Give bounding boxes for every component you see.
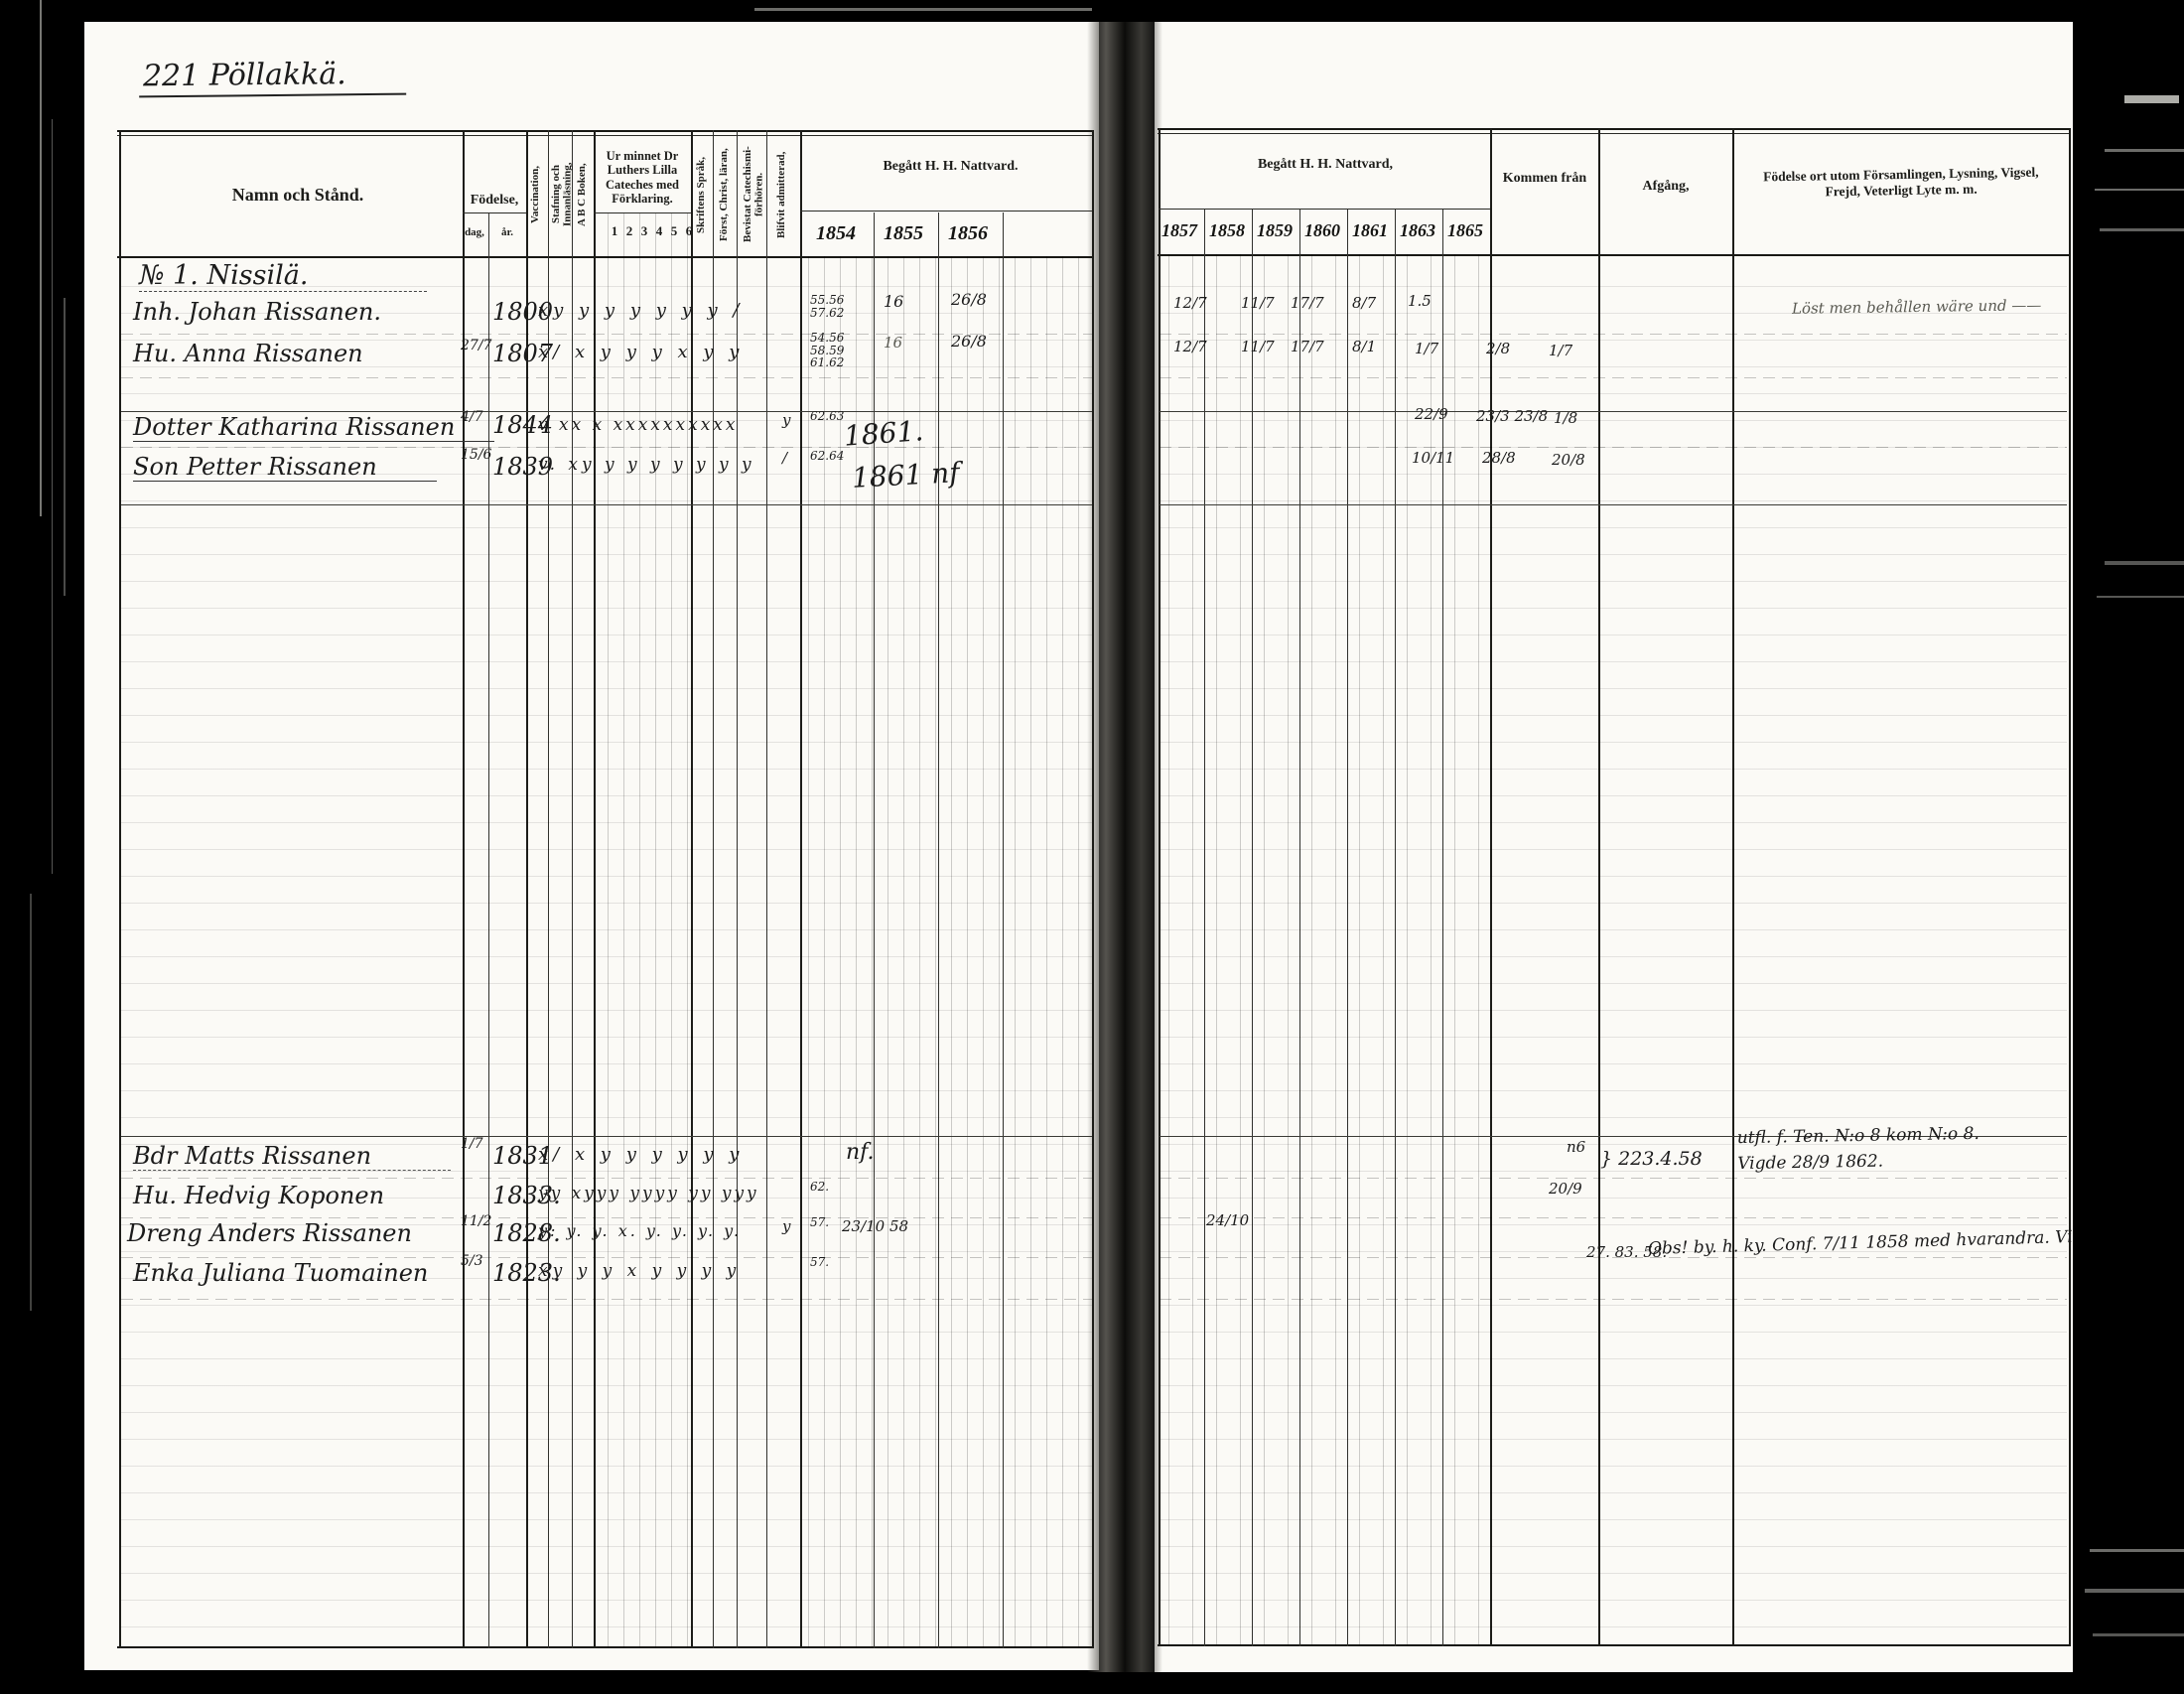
scratch	[2090, 1549, 2184, 1552]
row-birth-day: 11/2	[461, 1213, 491, 1229]
col-header-christ: Först, Christ, läran,	[719, 139, 731, 250]
row-bevistat: 57.	[810, 1255, 829, 1269]
r-table-bottom	[1158, 1644, 2069, 1646]
scratch	[2097, 596, 2184, 598]
r-nattvard-header-line	[1159, 209, 1490, 210]
l-birth-header-line	[463, 212, 526, 213]
row-marks: v. xy y y y y y y y	[538, 455, 755, 475]
scratch	[30, 894, 32, 1311]
book-gutter	[1087, 0, 1162, 1694]
row-natt: 1/7	[1549, 342, 1572, 359]
year-1858: 1858	[1209, 220, 1245, 241]
row-marks: xy y y y y y y /	[538, 300, 744, 321]
col-header-communion-right: Begått H. H. Nattvard,	[1171, 157, 1479, 173]
catechism-col-3: 3	[637, 224, 651, 239]
scratch	[2093, 1633, 2184, 1636]
row-natt: 1/8	[1554, 409, 1577, 427]
year-1860: 1860	[1304, 220, 1340, 241]
col-header-afgang: Afgång,	[1603, 179, 1728, 195]
col-header-scripture: Skriftens Språk,	[696, 139, 708, 250]
row-marks: x/ x y y y y y y	[538, 1144, 744, 1165]
row-name: Hu. Hedvig Koponen	[133, 1182, 384, 1209]
film-edge-bottom	[0, 1672, 2184, 1694]
row-natt: 12/7	[1173, 294, 1207, 312]
group-sep	[121, 1136, 1092, 1137]
row-note: utfl. f. Ten. N:o 8 kom N:o 8. Vigde 28/…	[1737, 1122, 1980, 1177]
col-header-birth-day: dag,	[461, 226, 488, 239]
row-birth-day: 15/6	[461, 447, 491, 463]
row-natt: 12/7	[1173, 338, 1207, 355]
row-marks: yy xyyy yyyy yy yyy	[538, 1184, 759, 1203]
l-nattvard-header-line	[800, 211, 1092, 212]
row-name: Son Petter Rissanen	[133, 453, 437, 482]
col-header-communion-left: Begått H. H. Nattvard.	[809, 159, 1092, 175]
row-sprak: y	[782, 411, 790, 429]
scratch	[2095, 189, 2184, 191]
l-col-line	[1092, 130, 1094, 1648]
l-catechism-header-line	[594, 212, 691, 213]
row-birth-day: 5/3	[461, 1253, 483, 1269]
catechism-col-5: 5	[667, 224, 681, 239]
group-sep	[121, 411, 1092, 412]
col-header-admitted: Blifvit admitterad,	[776, 139, 788, 250]
col-header-name: Namn och Stånd.	[149, 185, 447, 206]
group-sep	[1160, 504, 2067, 505]
year-1857: 1857	[1161, 220, 1197, 241]
left-table-top-border-2	[117, 135, 1094, 136]
group-sep	[121, 504, 1092, 505]
col-header-birth-year: år.	[488, 226, 526, 239]
row-bevistat: 55.56 57.62	[810, 294, 844, 320]
row-marks: v xx x xxxxxxxxxx	[538, 415, 738, 435]
row-name: Bdr Matts Rissanen	[133, 1142, 451, 1171]
scanned-church-record: 221 Pöllakkä. Namn och Stånd. Födelse, d…	[0, 0, 2184, 1694]
film-edge-top	[0, 0, 2184, 22]
catechism-col-6: 6	[682, 224, 696, 239]
row-sep	[1160, 1299, 2067, 1300]
year-1854: 1854	[816, 222, 856, 245]
row-natt: 17/7	[1291, 294, 1324, 312]
scratch	[2100, 228, 2184, 231]
row-sep	[121, 1257, 1092, 1258]
row-name: Dreng Anders Rissanen	[127, 1219, 412, 1247]
film-edge-left	[0, 0, 84, 1694]
year-1859: 1859	[1257, 220, 1293, 241]
row-admitted: 1861.	[843, 414, 924, 453]
catechism-col-4: 4	[652, 224, 666, 239]
row-sprak: y	[782, 1217, 790, 1235]
row-natt: 20/9	[1549, 1180, 1582, 1198]
scratch	[64, 298, 66, 596]
row-note: Löst men behållen wäre und ——	[1792, 296, 2042, 318]
row-natt: 11/7	[1241, 338, 1275, 355]
row-natt: 17/7	[1291, 338, 1324, 355]
col-header-catechism: Ur minnet Dr Luthers Lilla Cateches med …	[596, 149, 689, 207]
row-sep	[1160, 1217, 2067, 1218]
row-bevistat: 62.63	[810, 409, 844, 423]
col-header-spelling: Stafning och Innanläsning,	[551, 139, 571, 250]
scratch	[2124, 95, 2179, 103]
row-bevistat: 62.	[810, 1180, 829, 1194]
row-natt: 24/10	[1206, 1211, 1249, 1229]
row-natt-1856: 26/8	[951, 332, 987, 351]
row-sprak: /	[782, 449, 787, 467]
row-sep	[121, 1178, 1092, 1179]
row-sep	[121, 334, 1092, 335]
row-sep	[1160, 447, 2067, 448]
row-marks: xy y y x y y y y	[538, 1261, 741, 1281]
r-table-top-border	[1158, 128, 2069, 130]
row-sep	[121, 1299, 1092, 1300]
row-birth-day: 27/7	[461, 338, 491, 353]
scratch	[2085, 1589, 2184, 1593]
row-natt: 10/11	[1412, 449, 1454, 467]
row-bevistat: 57.	[810, 1215, 829, 1229]
year-1863: 1863	[1400, 220, 1435, 241]
row-admitted: 1861 nf	[851, 456, 960, 494]
scratch	[2105, 149, 2184, 152]
col-header-vaccination: Vaccination,	[530, 139, 542, 250]
page-title: 221 Pöllakkä.	[139, 57, 406, 98]
row-natt: 28/8	[1482, 449, 1516, 467]
row-natt-1854: 16	[884, 292, 903, 311]
row-marks: x/ x y y y x y y	[538, 342, 744, 362]
col-header-birth: Födelse,	[463, 193, 526, 209]
row-natt: 8/7	[1352, 294, 1376, 312]
row-name: Inh. Johan Rissanen.	[133, 298, 381, 326]
left-table-top-border	[117, 130, 1094, 132]
row-sep	[1160, 1178, 2067, 1179]
r-table-top-border-2	[1158, 133, 2069, 134]
group-sep	[1160, 411, 2067, 412]
row-natt: 23/3 23/8	[1476, 407, 1548, 425]
row-natt: 11/7	[1241, 294, 1275, 312]
year-1855: 1855	[884, 222, 923, 245]
scratch	[52, 119, 53, 874]
row-sep	[121, 447, 1092, 448]
row-admitted: 23/10 58	[842, 1217, 908, 1235]
row-sep	[1160, 377, 2067, 378]
row-bevistat: 62.64	[810, 449, 844, 463]
scratch	[40, 0, 42, 516]
row-birth-day: 1/7	[461, 1136, 483, 1152]
row-bevistat: 54.56 58.59 61.62	[810, 332, 844, 369]
row-natt: 8/1	[1352, 338, 1376, 355]
row-name: Enka Juliana Tuomainen	[133, 1259, 428, 1287]
col-header-abc: A B C Boken,	[577, 139, 589, 250]
row-natt: n6	[1567, 1138, 1585, 1156]
year-1865: 1865	[1447, 220, 1483, 241]
row-sep	[121, 1217, 1092, 1218]
row-admitted: nf.	[846, 1140, 875, 1165]
col-header-kommen: Kommen från	[1495, 171, 1594, 187]
row-natt: 1/7	[1415, 340, 1438, 357]
row-name: Dotter Katharina Rissanen	[133, 413, 494, 442]
scratch	[754, 8, 1092, 11]
row-kommen: } 223.4.58	[1600, 1148, 1703, 1170]
catechism-col-1: 1	[608, 224, 621, 239]
row-natt: 20/8	[1552, 451, 1585, 469]
row-sep	[1160, 334, 2067, 335]
row-marks: y: y. y. x. y. y. y. y.	[538, 1221, 742, 1240]
row-sep	[121, 377, 1092, 378]
row-natt-1854: 16	[884, 334, 902, 352]
row-birth-day: 4/7	[461, 409, 483, 425]
year-1856: 1856	[948, 222, 988, 245]
r-row-lines	[1160, 260, 2067, 1642]
film-edge-right	[2073, 0, 2184, 1694]
col-header-attended: Bevistat Catechismi-förhören.	[743, 139, 762, 250]
year-1861: 1861	[1352, 220, 1388, 241]
catechism-col-2: 2	[622, 224, 636, 239]
r-col-line	[2069, 128, 2071, 1646]
group-title: № 1. Nissilä.	[139, 260, 427, 292]
scratch	[2105, 561, 2184, 565]
row-name: Hu. Anna Rissanen	[133, 340, 363, 367]
row-natt: 2/8	[1486, 340, 1510, 357]
row-natt: 1.5	[1408, 292, 1432, 310]
col-header-notes: Födelse ort utom Församlingen, Lysning, …	[1747, 164, 2055, 200]
row-natt-1856: 26/8	[951, 290, 987, 309]
row-natt: 22/9	[1415, 405, 1448, 423]
